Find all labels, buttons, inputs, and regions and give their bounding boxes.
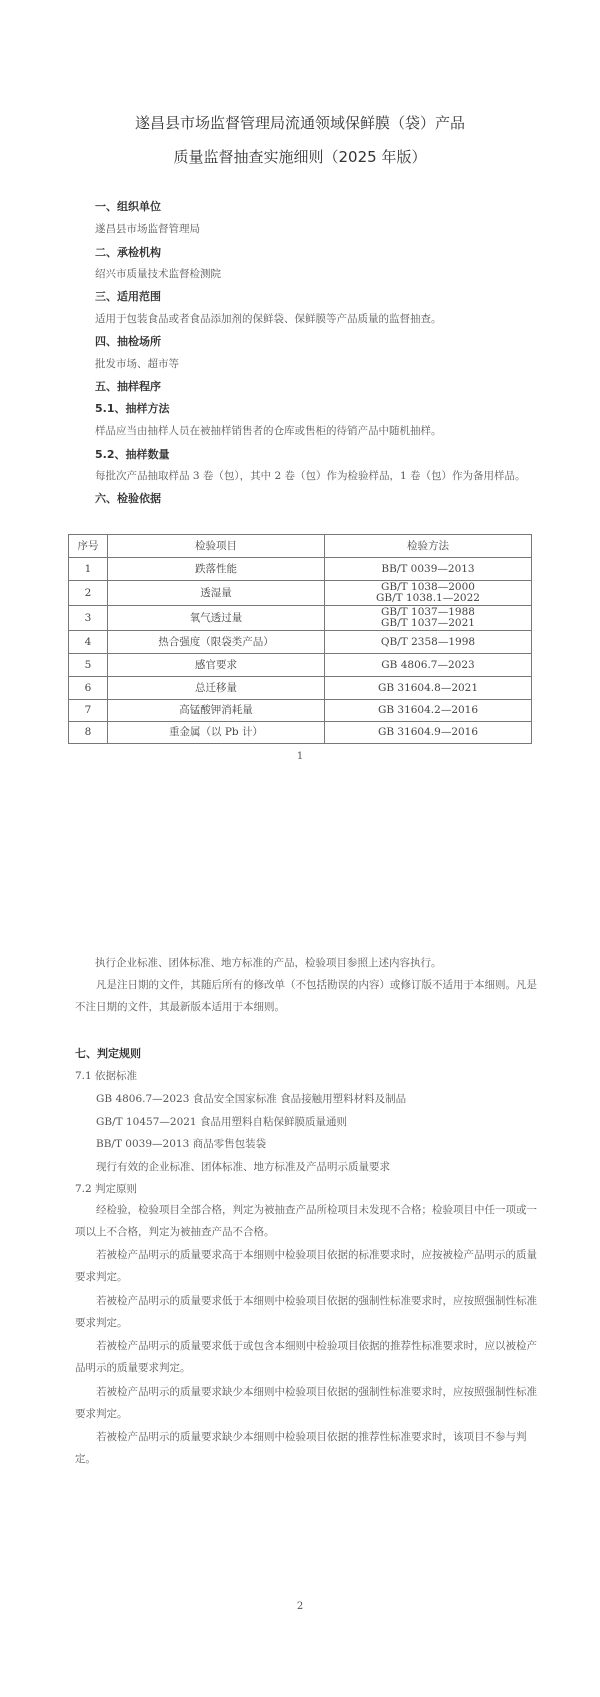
method-line: GB 31604.9—2016	[325, 727, 531, 738]
section-3-body: 适用于包装食品或者食品添加剂的保鲜袋、保鲜膜等产品质量的监督抽查。	[95, 311, 442, 326]
table-row: 4 热合强度（限袋类产品） QB/T 2358—1998	[69, 631, 532, 654]
header-method: 检验方法	[325, 535, 532, 558]
row-method: GB 31604.8—2021	[325, 677, 532, 700]
method-line: GB 31604.8—2021	[325, 683, 531, 694]
section-5-2-body: 每批次产品抽取样品 3 卷（包），其中 2 卷（包）作为检验样品，1 卷（包）作…	[95, 468, 525, 483]
row-method: GB/T 1037—1988 GB/T 1037—2021	[325, 606, 532, 631]
table-row: 5 感官要求 GB 4806.7—2023	[69, 654, 532, 677]
row-item: 跌落性能	[108, 558, 325, 581]
method-line: QB/T 2358—1998	[325, 637, 531, 648]
standard-item: GB/T 10457—2021 食品用塑料自粘保鲜膜质量通则	[96, 1114, 347, 1129]
section-5-1-heading: 5.1、抽样方法	[95, 400, 170, 416]
row-item: 总迁移量	[108, 677, 325, 700]
row-no: 3	[69, 606, 108, 631]
row-no: 5	[69, 654, 108, 677]
row-item: 重金属（以 Pb 计）	[108, 722, 325, 744]
document-title-line2: 质量监督抽查实施细则（2025 年版）	[0, 146, 600, 167]
paragraph-dated-documents: 凡是注日期的文件，其随后所有的修改单（不包括勘误的内容）或修订版不适用于本细则。…	[75, 974, 537, 1018]
row-no: 2	[69, 581, 108, 606]
section-4-heading: 四、抽检场所	[95, 333, 161, 349]
row-method: GB 31604.9—2016	[325, 722, 532, 744]
section-7-1-heading: 7.1 依据标准	[75, 1068, 137, 1083]
table-row: 1 跌落性能 BB/T 0039—2013	[69, 558, 532, 581]
row-no: 6	[69, 677, 108, 700]
row-method: GB 31604.2—2016	[325, 700, 532, 722]
row-method: GB 4806.7—2023	[325, 654, 532, 677]
section-7-heading: 七、判定规则	[75, 1045, 141, 1061]
inspection-table: 序号 检验项目 检验方法 1 跌落性能 BB/T 0039—2013 2 透湿量…	[68, 534, 532, 744]
row-item: 透湿量	[108, 581, 325, 606]
table-row: 8 重金属（以 Pb 计） GB 31604.9—2016	[69, 722, 532, 744]
table-row: 2 透湿量 GB/T 1038—2000 GB/T 1038.1—2022	[69, 581, 532, 606]
header-no: 序号	[69, 535, 108, 558]
row-no: 1	[69, 558, 108, 581]
row-method: QB/T 2358—1998	[325, 631, 532, 654]
principle-paragraph: 若被检产品明示的质量要求缺少本细则中检验项目依据的强制性标准要求时，应按照强制性…	[75, 1381, 537, 1425]
section-2-body: 绍兴市质量技术监督检测院	[95, 266, 221, 281]
method-line: BB/T 0039—2013	[325, 564, 531, 575]
row-item: 感官要求	[108, 654, 325, 677]
method-line: GB 31604.2—2016	[325, 705, 531, 716]
section-6-heading: 六、检验依据	[95, 490, 161, 506]
row-method: BB/T 0039—2013	[325, 558, 532, 581]
section-1-heading: 一、组织单位	[95, 198, 161, 214]
page-number-1: 1	[0, 751, 600, 762]
section-5-heading: 五、抽样程序	[95, 378, 161, 394]
principle-paragraph: 若被检产品明示的质量要求高于本细则中检验项目依据的标准要求时，应按被检产品明示的…	[75, 1244, 537, 1288]
standard-item: BB/T 0039—2013 商品零售包装袋	[96, 1136, 266, 1151]
row-no: 4	[69, 631, 108, 654]
method-line: GB/T 1038.1—2022	[325, 593, 531, 604]
row-method: GB/T 1038—2000 GB/T 1038.1—2022	[325, 581, 532, 606]
table-row: 7 高锰酸钾消耗量 GB 31604.2—2016	[69, 700, 532, 722]
table-row: 3 氧气透过量 GB/T 1037—1988 GB/T 1037—2021	[69, 606, 532, 631]
section-5-2-heading: 5.2、抽样数量	[95, 446, 170, 462]
section-2-heading: 二、承检机构	[95, 244, 161, 260]
principle-paragraph: 若被检产品明示的质量要求低于或包含本细则中检验项目依据的推荐性标准要求时，应以被…	[75, 1335, 537, 1379]
standard-item: GB 4806.7—2023 食品安全国家标准 食品接触用塑料材料及制品	[96, 1091, 406, 1106]
section-3-heading: 三、适用范围	[95, 288, 161, 304]
section-5-1-body: 样品应当由抽样人员在被抽样销售者的仓库或售柜的待销产品中随机抽样。	[95, 423, 442, 438]
method-line: GB 4806.7—2023	[325, 660, 531, 671]
header-item: 检验项目	[108, 535, 325, 558]
paragraph-enterprise-standards: 执行企业标准、团体标准、地方标准的产品，检验项目参照上述内容执行。	[95, 955, 442, 970]
row-no: 7	[69, 700, 108, 722]
page-number-2: 2	[0, 1601, 600, 1612]
table-header-row: 序号 检验项目 检验方法	[69, 535, 532, 558]
section-4-body: 批发市场、超市等	[95, 356, 179, 371]
section-1-body: 遂昌县市场监督管理局	[95, 221, 200, 236]
method-line: GB/T 1037—2021	[325, 618, 531, 629]
table-row: 6 总迁移量 GB 31604.8—2021	[69, 677, 532, 700]
principle-paragraph: 若被检产品明示的质量要求低于本细则中检验项目依据的强制性标准要求时，应按照强制性…	[75, 1290, 537, 1334]
principle-paragraph: 若被检产品明示的质量要求缺少本细则中检验项目依据的推荐性标准要求时，该项目不参与…	[75, 1426, 537, 1470]
row-item: 高锰酸钾消耗量	[108, 700, 325, 722]
section-7-2-heading: 7.2 判定原则	[75, 1181, 137, 1196]
document-title-line1: 遂昌县市场监督管理局流通领域保鲜膜（袋）产品	[0, 112, 600, 133]
row-item: 氧气透过量	[108, 606, 325, 631]
principle-paragraph: 经检验，检验项目全部合格，判定为被抽查产品所检项目未发现不合格；检验项目中任一项…	[75, 1199, 537, 1243]
row-item: 热合强度（限袋类产品）	[108, 631, 325, 654]
row-no: 8	[69, 722, 108, 744]
standard-item: 现行有效的企业标准、团体标准、地方标准及产品明示质量要求	[96, 1159, 390, 1174]
